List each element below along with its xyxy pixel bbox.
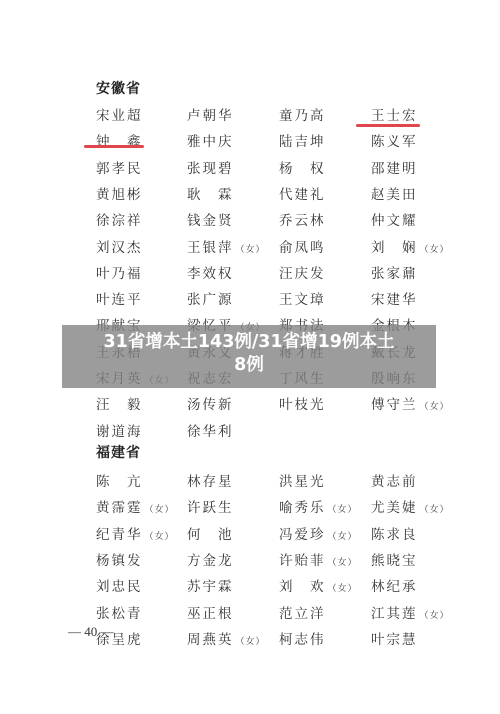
female-marker: （女）: [145, 532, 175, 542]
name-row: 张松青巫正根范立洋江其莲（女）: [0, 602, 500, 622]
headline-overlay-title: 31省增本土143例/31省增19例本土 8例: [62, 331, 436, 377]
name-entry: 许跃生: [187, 496, 234, 516]
name-entry: 张家鼐: [371, 262, 418, 282]
name-row: 郭孝民张现碧杨 权邵建明: [0, 157, 500, 177]
person-name: 刘忠民: [96, 579, 143, 595]
person-name: 傅守兰: [371, 397, 418, 413]
name-row: 钟 鑫雅中庆陆吉坤陈义军: [0, 130, 500, 150]
person-name: 宋建华: [371, 292, 418, 308]
person-name: 童乃高: [279, 108, 326, 124]
name-entry: 卢朝华: [187, 104, 234, 124]
name-entry: 杨 权: [279, 157, 326, 177]
name-entry: 郭孝民: [96, 157, 143, 177]
person-name: 柯志伟: [279, 632, 326, 648]
name-entry: 陈 亢: [96, 470, 143, 490]
name-entry: 仲文耀: [371, 209, 418, 229]
female-marker: （女）: [420, 402, 450, 412]
name-entry: 张广源: [187, 288, 234, 308]
name-entry: 刘 欢（女）: [279, 575, 358, 595]
name-entry: 黄霈霆（女）: [96, 496, 175, 516]
name-entry: 钱金贤: [187, 209, 234, 229]
person-name: 黄旭彬: [96, 187, 143, 203]
name-entry: 徐华利: [187, 420, 234, 440]
person-name: 钱金贤: [187, 213, 234, 229]
name-row: 纪青华（女）何 池冯爱珍（女）陈求良: [0, 523, 500, 543]
person-name: 江其莲: [371, 606, 418, 622]
person-name: 邵建明: [371, 161, 418, 177]
name-entry: 刘 娴（女）: [371, 236, 450, 256]
document-page: 安徽省 宋业超卢朝华童乃高王士宏钟 鑫雅中庆陆吉坤陈义军郭孝民张现碧杨 权邵建明…: [0, 0, 500, 714]
person-name: 林存星: [187, 474, 234, 490]
person-name: 喻秀乐: [279, 500, 326, 516]
name-entry: 叶连平: [96, 288, 143, 308]
name-row: 徐淙祥钱金贤乔云林仲文耀: [0, 209, 500, 229]
name-entry: 雅中庆: [187, 130, 234, 150]
female-marker: （女）: [145, 505, 175, 515]
female-marker: （女）: [328, 505, 358, 515]
person-name: 乔云林: [279, 213, 326, 229]
person-name: 俞凤鸣: [279, 240, 326, 256]
female-marker: （女）: [328, 584, 358, 594]
person-name: 刘 娴: [371, 240, 418, 256]
name-row: 陈 亢林存星洪星光黄志前: [0, 470, 500, 490]
female-marker: （女）: [236, 637, 266, 647]
name-entry: 王士宏: [371, 104, 418, 124]
person-name: 杨镇发: [96, 553, 143, 569]
name-entry: 巫正根: [187, 602, 234, 622]
name-row: 刘忠民苏宇霖刘 欢（女）林纪承: [0, 575, 500, 595]
name-entry: 汤传新: [187, 393, 234, 413]
name-entry: 傅守兰（女）: [371, 393, 450, 413]
person-name: 刘汉杰: [96, 240, 143, 256]
person-name: 宋业超: [96, 108, 143, 124]
person-name: 叶乃福: [96, 266, 143, 282]
person-name: 郭孝民: [96, 161, 143, 177]
name-row: 刘汉杰王银萍（女）俞凤鸣刘 娴（女）: [0, 236, 500, 256]
name-entry: 陈求良: [371, 523, 418, 543]
name-entry: 杨镇发: [96, 549, 143, 569]
person-name: 代建礼: [279, 187, 326, 203]
name-entry: 童乃高: [279, 104, 326, 124]
name-entry: 乔云林: [279, 209, 326, 229]
person-name: 范立洋: [279, 606, 326, 622]
name-entry: 方金龙: [187, 549, 234, 569]
person-name: 刘 欢: [279, 579, 326, 595]
name-entry: 范立洋: [279, 602, 326, 622]
person-name: 黄志前: [371, 474, 418, 490]
headline-line-2: 8例: [62, 354, 436, 377]
person-name: 汪 毅: [96, 397, 143, 413]
person-name: 卢朝华: [187, 108, 234, 124]
person-name: 何 池: [187, 527, 234, 543]
name-entry: 黄旭彬: [96, 183, 143, 203]
name-entry: 喻秀乐（女）: [279, 496, 358, 516]
name-entry: 宋建华: [371, 288, 418, 308]
person-name: 苏宇霖: [187, 579, 234, 595]
name-entry: 谢道海: [96, 420, 143, 440]
name-row: 黄霈霆（女）许跃生喻秀乐（女）尤美婕（女）: [0, 496, 500, 516]
name-entry: 李效权: [187, 262, 234, 282]
name-row: 叶连平张广源王文璋宋建华: [0, 288, 500, 308]
person-name: 李效权: [187, 266, 234, 282]
name-entry: 赵美田: [371, 183, 418, 203]
person-name: 徐华利: [187, 424, 234, 440]
person-name: 耿 霖: [187, 187, 234, 203]
name-entry: 宋业超: [96, 104, 143, 124]
person-name: 叶宗慧: [371, 632, 418, 648]
person-name: 黄霈霆: [96, 500, 143, 516]
name-row: 谢道海徐华利: [0, 420, 500, 440]
section-title-fujian: 福建省: [96, 442, 141, 462]
name-entry: 江其莲（女）: [371, 602, 450, 622]
name-entry: 尤美婕（女）: [371, 496, 450, 516]
name-entry: 纪青华（女）: [96, 523, 175, 543]
section-title-anhui: 安徽省: [96, 78, 141, 98]
page-number: — 40 —: [68, 624, 114, 640]
person-name: 王银萍: [187, 240, 234, 256]
name-row: 杨镇发方金龙许贻菲（女）熊晓宝: [0, 549, 500, 569]
person-name: 汤传新: [187, 397, 234, 413]
person-name: 仲文耀: [371, 213, 418, 229]
name-entry: 陈义军: [371, 130, 418, 150]
person-name: 陈义军: [371, 134, 418, 150]
person-name: 徐淙祥: [96, 213, 143, 229]
female-marker: （女）: [328, 532, 358, 542]
name-row: 黄旭彬耿 霖代建礼赵美田: [0, 183, 500, 203]
name-entry: 耿 霖: [187, 183, 234, 203]
person-name: 林纪承: [371, 579, 418, 595]
female-marker: （女）: [328, 558, 358, 568]
name-entry: 苏宇霖: [187, 575, 234, 595]
person-name: 王文璋: [279, 292, 326, 308]
name-entry: 刘忠民: [96, 575, 143, 595]
name-entry: 陆吉坤: [279, 130, 326, 150]
person-name: 赵美田: [371, 187, 418, 203]
person-name: 雅中庆: [187, 134, 234, 150]
person-name: 张现碧: [187, 161, 234, 177]
name-entry: 黄志前: [371, 470, 418, 490]
highlight-underline-zhongxin: [84, 145, 144, 148]
name-entry: 洪星光: [279, 470, 326, 490]
name-entry: 叶宗慧: [371, 628, 418, 648]
person-name: 冯爱珍: [279, 527, 326, 543]
name-entry: 周燕英（女）: [187, 628, 266, 648]
name-entry: 王文璋: [279, 288, 326, 308]
person-name: 陈求良: [371, 527, 418, 543]
female-marker: （女）: [420, 245, 450, 255]
name-row: 汪 毅汤传新叶枝光傅守兰（女）: [0, 393, 500, 413]
person-name: 张广源: [187, 292, 234, 308]
name-entry: 林纪承: [371, 575, 418, 595]
person-name: 洪星光: [279, 474, 326, 490]
name-entry: 张松青: [96, 602, 143, 622]
highlight-underline-wangshihong: [356, 124, 420, 127]
person-name: 周燕英: [187, 632, 234, 648]
female-marker: （女）: [420, 611, 450, 621]
name-entry: 俞凤鸣: [279, 236, 326, 256]
name-entry: 邵建明: [371, 157, 418, 177]
person-name: 汪庆发: [279, 266, 326, 282]
person-name: 王士宏: [371, 108, 418, 124]
name-entry: 熊晓宝: [371, 549, 418, 569]
person-name: 陈 亢: [96, 474, 143, 490]
name-entry: 代建礼: [279, 183, 326, 203]
person-name: 许跃生: [187, 500, 234, 516]
name-entry: 张现碧: [187, 157, 234, 177]
name-entry: 王银萍（女）: [187, 236, 266, 256]
person-name: 方金龙: [187, 553, 234, 569]
name-entry: 何 池: [187, 523, 234, 543]
person-name: 叶枝光: [279, 397, 326, 413]
name-entry: 柯志伟: [279, 628, 326, 648]
person-name: 叶连平: [96, 292, 143, 308]
person-name: 杨 权: [279, 161, 326, 177]
name-entry: 冯爱珍（女）: [279, 523, 358, 543]
name-entry: 叶乃福: [96, 262, 143, 282]
person-name: 许贻菲: [279, 553, 326, 569]
person-name: 谢道海: [96, 424, 143, 440]
name-entry: 叶枝光: [279, 393, 326, 413]
name-entry: 汪 毅: [96, 393, 143, 413]
headline-line-1: 31省增本土143例/31省增19例本土: [62, 331, 436, 354]
name-row: 宋业超卢朝华童乃高王士宏: [0, 104, 500, 124]
name-entry: 许贻菲（女）: [279, 549, 358, 569]
person-name: 纪青华: [96, 527, 143, 543]
person-name: 陆吉坤: [279, 134, 326, 150]
person-name: 巫正根: [187, 606, 234, 622]
person-name: 张家鼐: [371, 266, 418, 282]
name-row: 叶乃福李效权汪庆发张家鼐: [0, 262, 500, 282]
person-name: 熊晓宝: [371, 553, 418, 569]
female-marker: （女）: [420, 505, 450, 515]
name-entry: 刘汉杰: [96, 236, 143, 256]
name-entry: 林存星: [187, 470, 234, 490]
female-marker: （女）: [236, 245, 266, 255]
person-name: 尤美婕: [371, 500, 418, 516]
name-entry: 汪庆发: [279, 262, 326, 282]
name-entry: 徐淙祥: [96, 209, 143, 229]
person-name: 张松青: [96, 606, 143, 622]
